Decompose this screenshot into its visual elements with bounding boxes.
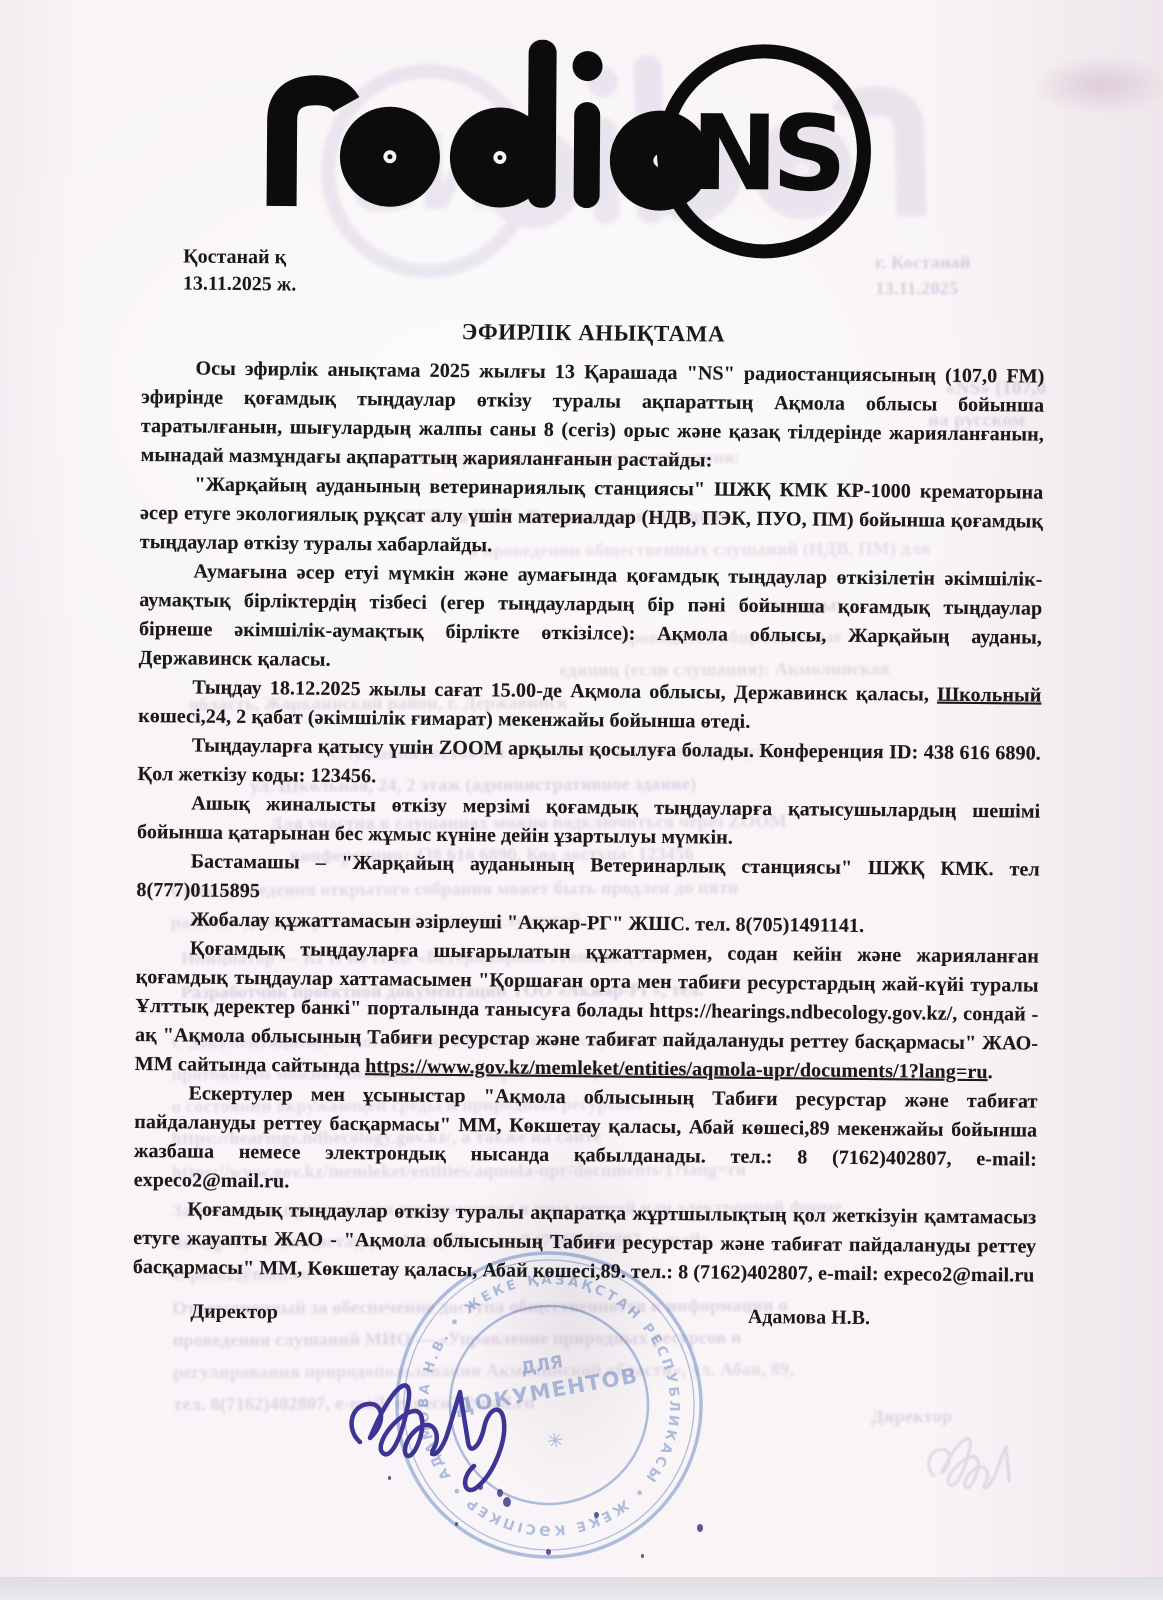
paragraph: "Жарқайың ауданының ветеринариялық станц… [140,470,1044,566]
document-content: ЭФИРЛІК АНЫҚТАМА Осы эфирлік анықтама 20… [132,316,1045,1332]
scan-smudge [1030,55,1163,115]
paragraph: Ашық жиналысты өткізу мерзімі қоғамдық т… [137,789,1041,856]
paper-sheet: г. Костанай13.11.2025«NS» (107,0на русск… [0,0,1163,1578]
city-date-block: Қостанай қ 13.11.2025 ж. [183,244,297,299]
signature-ghost [919,1408,1122,1526]
paragraph: Аумағына әсер етуі мүмкін және аумағында… [139,557,1043,682]
paragraph: Қоғамдық тыңдауларға шығарылатын құжатта… [135,934,1039,1088]
text-segment: Тыңдау 18.12.2025 жылы сағат 15.00-де Ақ… [192,677,937,706]
text-segment: "Жарқайың ауданының ветеринариялық станц… [140,474,1044,557]
text-segment: Жобалау құжаттамасын әзірлеуші "Ақжар-РГ… [190,908,864,936]
paragraph: Бастамашы – "Жарқайың ауданының Ветерина… [136,847,1040,914]
signatory-role: Директор [190,1301,278,1325]
ink-speck [641,1554,644,1558]
radio-ns-logo-art: NS [251,24,893,263]
ink-speck [503,1497,511,1507]
scanned-document-page: { "logo": { "brand_word": "radio", "circ… [0,0,1163,1600]
signatory-name: Адамова Н.В. [748,1306,870,1330]
signature-stroke [352,1385,505,1490]
bleed-through-text: 13.11.2025 [875,278,958,299]
text-segment: Ашық жиналысты өткізу мерзімі қоғамдық т… [137,792,1040,848]
text-segment: Қоғамдық тыңдауларға шығарылатын құжатта… [135,937,1039,1077]
paragraph: Тыңдау 18.12.2025 жылы сағат 15.00-де Ақ… [138,673,1042,740]
city-line: Қостанай қ [183,244,297,272]
paragraph: Осы эфирлік анықтама 2025 жылғы 13 Қараш… [141,354,1045,479]
ink-speck [478,1484,483,1490]
text-segment: Осы эфирлік анықтама 2025 жылғы 13 Қараш… [141,358,1045,472]
text-segment: Ескертулер мен ұсыныстар "Ақмола облысын… [134,1082,1038,1192]
text-segment: Бастамашы – "Жарқайың ауданының Ветерина… [136,850,1039,902]
ink-speck [546,1549,551,1555]
handwritten-signature [342,1346,622,1496]
ink-speck [594,1512,599,1518]
underlined-text: https://www.gov.kz/memleket/entities/aqm… [365,1055,988,1083]
text-segment: . [988,1061,993,1083]
document-title: ЭФИРЛІК АНЫҚТАМА [142,316,1045,351]
date-line: 13.11.2025 ж. [183,271,297,299]
text-segment: Тыңдауларға қатысу үшін ZOOM арқылы қосы… [137,734,1040,787]
scanner-background-edge [0,1577,1163,1600]
text-segment: көшесі,24, 2 қабат (әкімшілік ғимарат) м… [138,705,750,733]
radio-ns-logo: NS [251,24,893,263]
paragraph: Ескертулер мен ұсыныстар "Ақмола облысын… [134,1079,1038,1204]
document-body: Осы эфирлік анықтама 2025 жылғы 13 Қараш… [133,354,1045,1291]
text-segment: Аумағына әсер етуі мүмкін және аумағында… [139,561,1043,671]
underlined-text: Школьный [937,684,1041,707]
paragraph: Тыңдауларға қатысу үшін ZOOM арқылы қосы… [137,731,1041,798]
